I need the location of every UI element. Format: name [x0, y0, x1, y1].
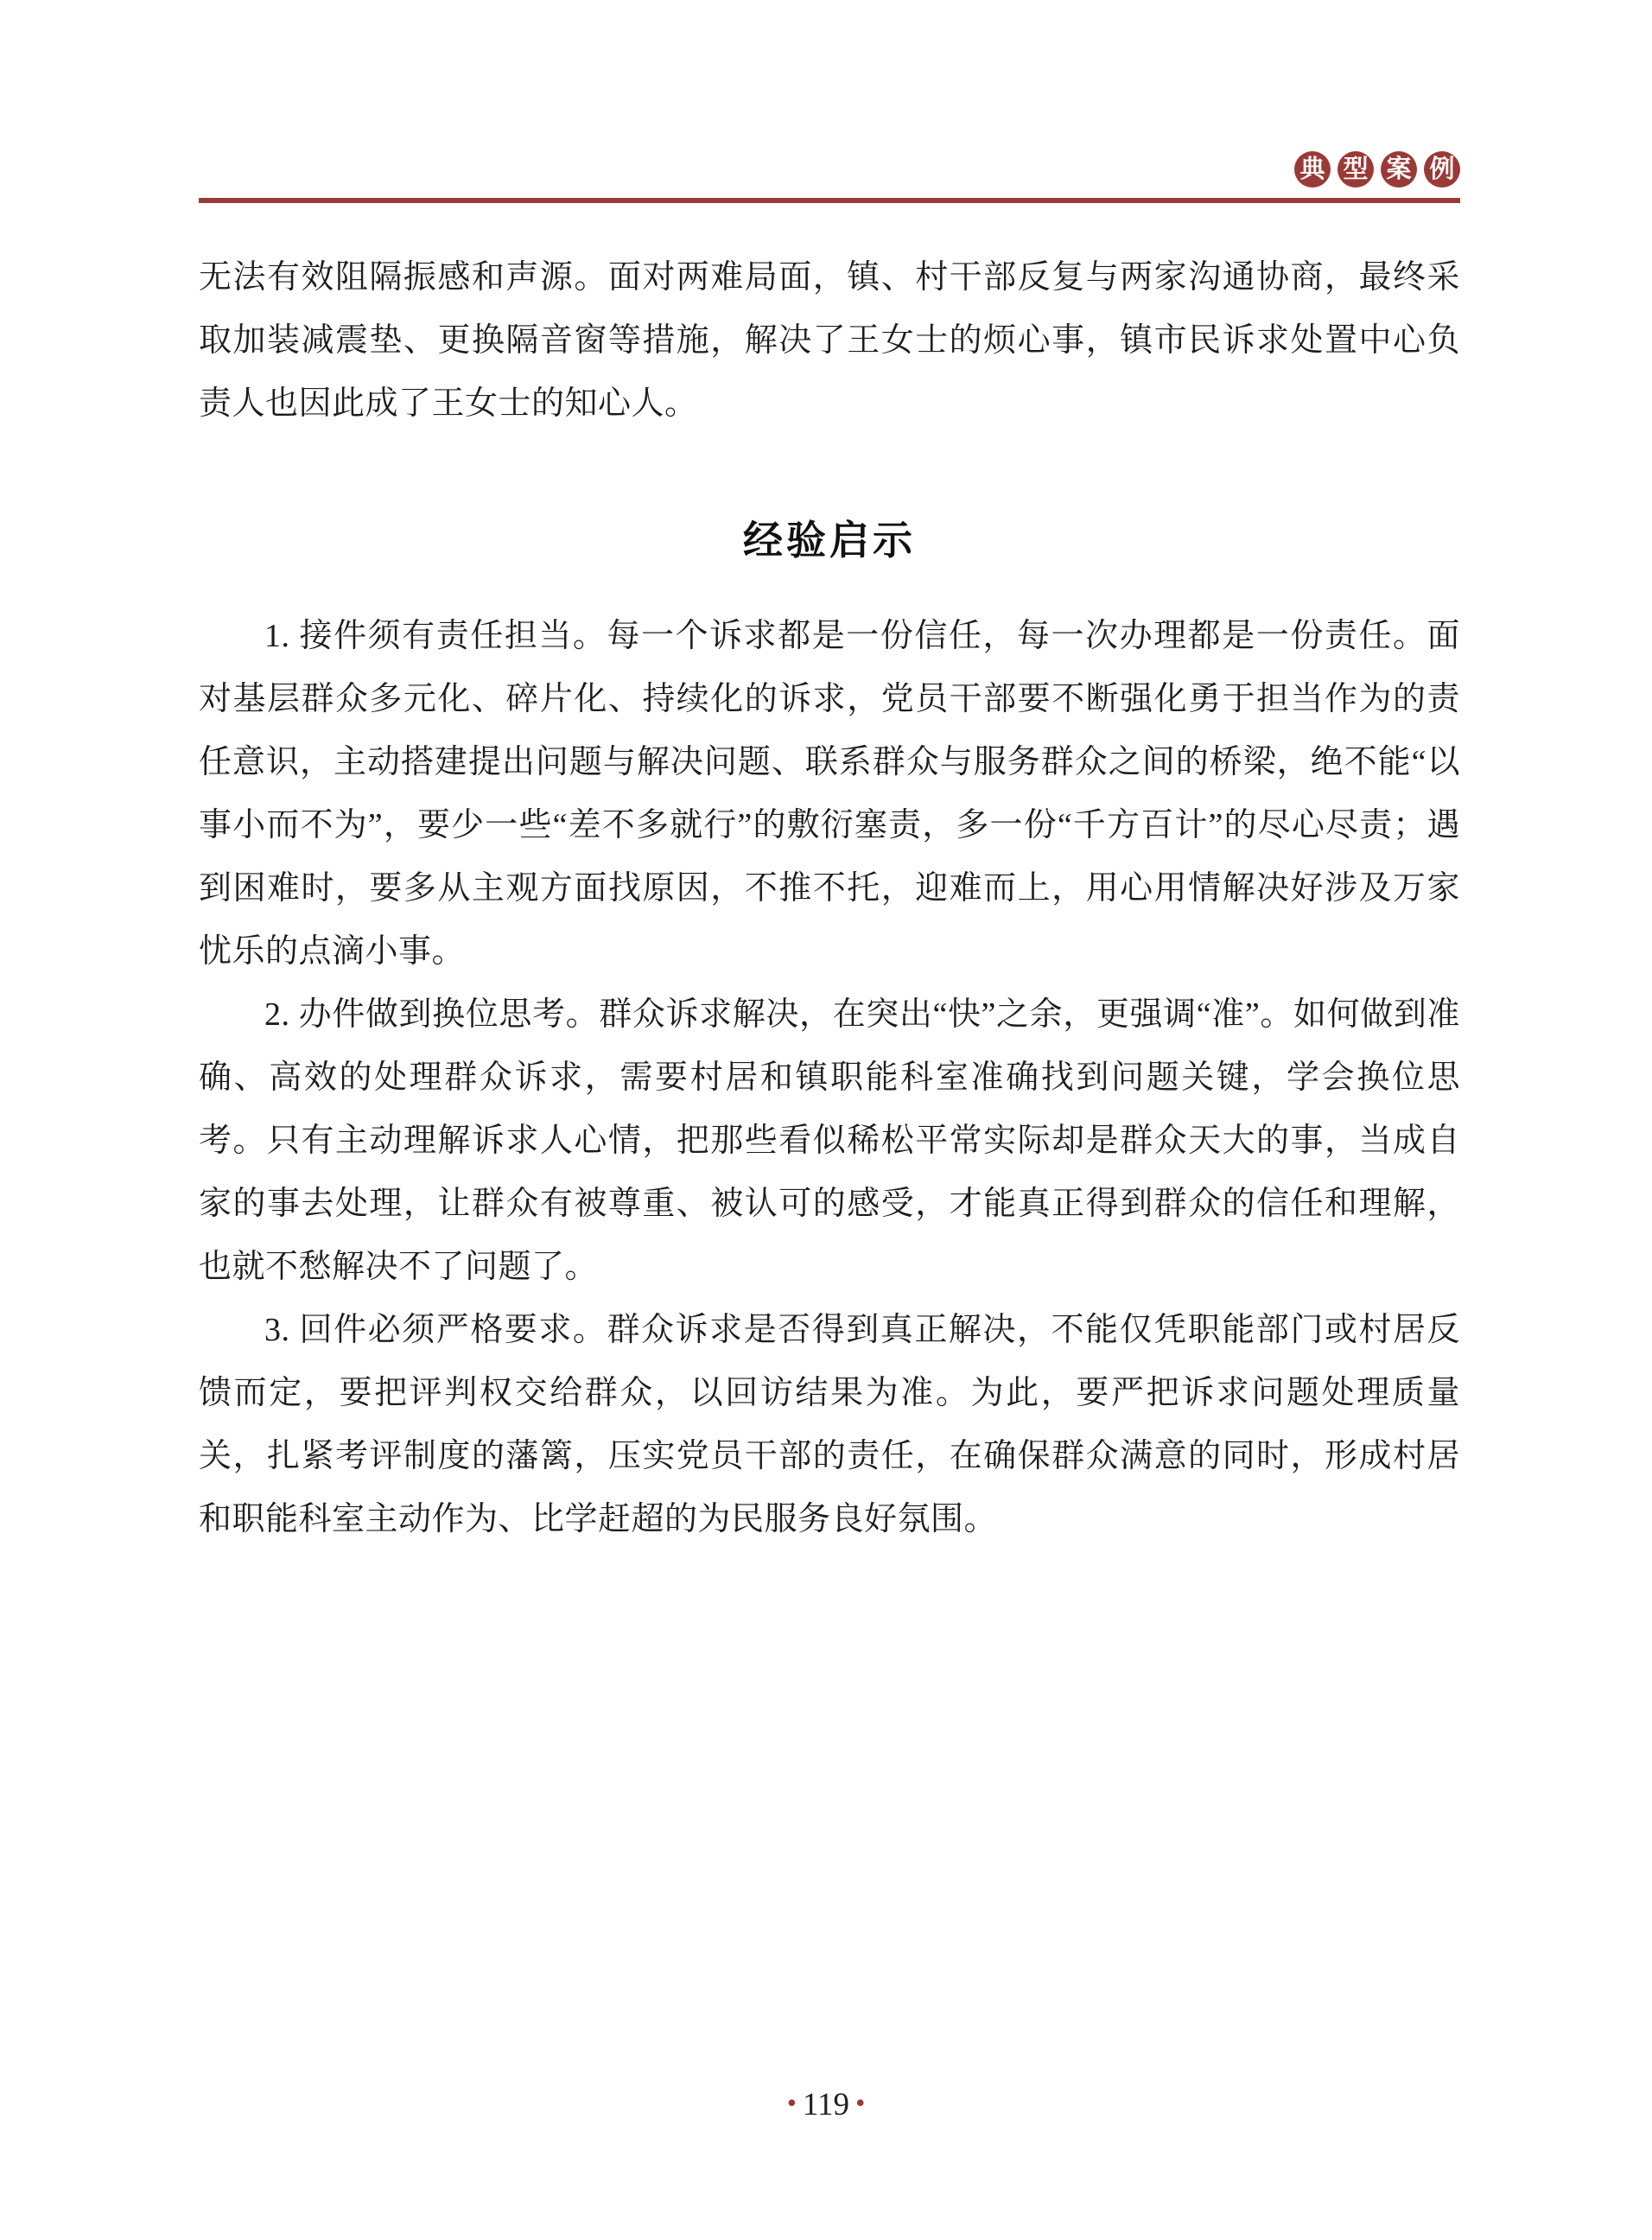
header-badge-icon: 型 [1337, 151, 1374, 188]
document-page: 典 型 案 例 无法有效阻隔振感和声源。面对两难局面，镇、村干部反复与两家沟通协… [0, 0, 1652, 2240]
header-badge-icon: 案 [1381, 151, 1417, 188]
header-badge-icon: 例 [1424, 151, 1460, 188]
footer-dot-icon: • [781, 2087, 803, 2118]
header-badge-icon: 典 [1294, 151, 1331, 188]
header-rule [199, 198, 1460, 203]
page-footer: •119• [0, 2083, 1652, 2125]
footer-dot-icon: • [849, 2087, 871, 2118]
page-content: 无法有效阻隔振感和声源。面对两难局面，镇、村干部反复与两家沟通协商，最终采取加装… [199, 246, 1460, 1551]
intro-paragraph: 无法有效阻隔振感和声源。面对两难局面，镇、村干部反复与两家沟通协商，最终采取加装… [199, 246, 1460, 436]
point-paragraph-1: 1. 接件须有责任担当。每一个诉求都是一份信任，每一次办理都是一份责任。面对基层… [199, 605, 1460, 983]
section-title: 经验启示 [199, 514, 1460, 566]
point-paragraph-3: 3. 回件必须严格要求。群众诉求是否得到真正解决，不能仅凭职能部门或村居反馈而定… [199, 1299, 1460, 1551]
point-paragraph-2: 2. 办件做到换位思考。群众诉求解决，在突出“快”之余，更强调“准”。如何做到准… [199, 983, 1460, 1299]
header-badges: 典 型 案 例 [1294, 151, 1460, 188]
page-number: 119 [803, 2087, 849, 2122]
